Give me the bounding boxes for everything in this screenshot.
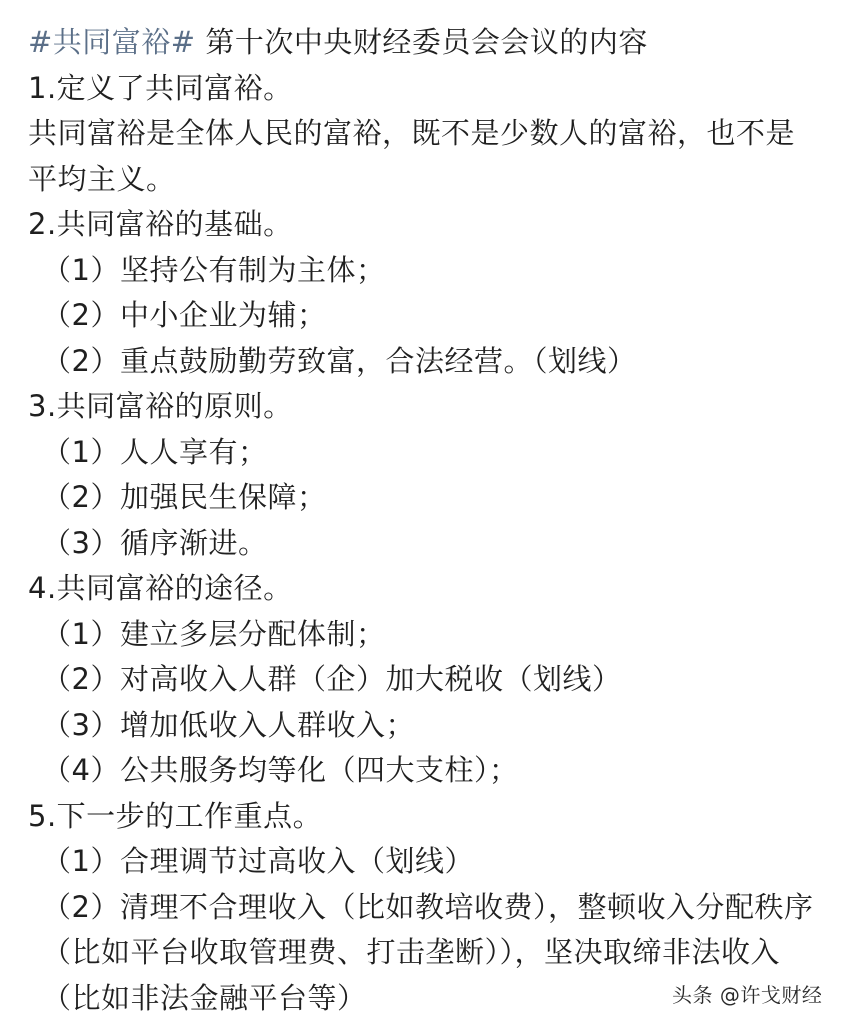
section-heading-5: 5.下一步的工作重点。 bbox=[28, 794, 826, 840]
list-item: （1）建立多层分配体制； bbox=[28, 612, 826, 658]
list-item: （3）循序渐进。 bbox=[28, 521, 826, 567]
list-item: （2）中小企业为辅； bbox=[28, 293, 826, 339]
list-item: （1）人人享有； bbox=[28, 430, 826, 476]
section-heading-1: 1.定义了共同富裕。 bbox=[28, 66, 826, 112]
document-title: #共同富裕# 第十次中央财经委员会会议的内容 bbox=[28, 20, 826, 66]
list-item: （3）增加低收入人群收入； bbox=[28, 703, 826, 749]
list-item: （2）加强民生保障； bbox=[28, 475, 826, 521]
section-heading-2: 2.共同富裕的基础。 bbox=[28, 202, 826, 248]
list-item: （2）对高收入人群（企）加大税收（划线） bbox=[28, 657, 826, 703]
list-item: （1）合理调节过高收入（划线） bbox=[28, 839, 826, 885]
section-heading-3: 3.共同富裕的原则。 bbox=[28, 384, 826, 430]
list-item: （1）坚持公有制为主体； bbox=[28, 248, 826, 294]
document-body: #共同富裕# 第十次中央财经委员会会议的内容 1.定义了共同富裕。 共同富裕是全… bbox=[28, 20, 826, 1021]
hashtag-link[interactable]: #共同富裕# bbox=[28, 25, 196, 59]
section-heading-4: 4.共同富裕的途径。 bbox=[28, 566, 826, 612]
title-text: 第十次中央财经委员会会议的内容 bbox=[196, 25, 648, 59]
section-body-1: 共同富裕是全体人民的富裕，既不是少数人的富裕，也不是平均主义。 bbox=[28, 111, 818, 202]
watermark: 头条 @许戈财经 bbox=[672, 979, 822, 1008]
list-item: （2）重点鼓励勤劳致富，合法经营。（划线） bbox=[28, 339, 826, 385]
list-item: （4）公共服务均等化（四大支柱）； bbox=[28, 748, 826, 794]
